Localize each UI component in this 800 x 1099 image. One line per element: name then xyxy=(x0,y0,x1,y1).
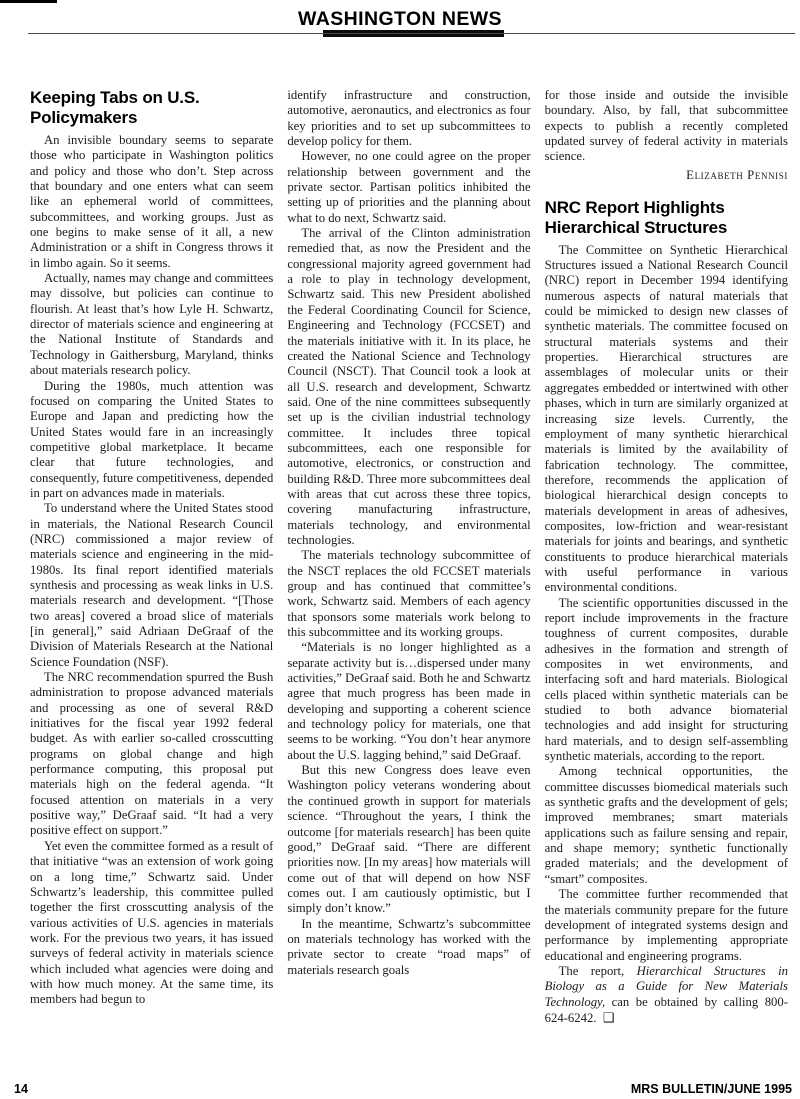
paragraph: In the meantime, Schwartz’s subcommittee… xyxy=(287,917,530,978)
paragraph: However, no one could agree on the prope… xyxy=(287,149,530,226)
column: Keeping Tabs on U.S. PolicymakersAn invi… xyxy=(30,88,273,1060)
column: for those inside and outside the invisib… xyxy=(545,88,788,1060)
page-number: 14 xyxy=(14,1082,28,1096)
corner-mark xyxy=(0,0,57,3)
paragraph: Among technical opportunities, the commi… xyxy=(545,764,788,887)
paragraph: The scientific opportunities discussed i… xyxy=(545,596,788,765)
byline: Elizabeth Pennisi xyxy=(545,168,788,183)
paragraph: During the 1980s, much attention was foc… xyxy=(30,379,273,502)
paragraph: The materials technology subcommittee of… xyxy=(287,548,530,640)
article-heading: Keeping Tabs on U.S. Policymakers xyxy=(30,88,273,128)
page-title: WASHINGTON NEWS xyxy=(0,8,800,31)
text-segment: The report, xyxy=(559,964,637,978)
paragraph: The committee further recommended that t… xyxy=(545,887,788,964)
paragraph: “Materials is no longer highlighted as a… xyxy=(287,640,530,763)
end-of-article-mark: ❑ xyxy=(603,1010,615,1025)
magazine-page: WASHINGTON NEWS Keeping Tabs on U.S. Pol… xyxy=(0,0,800,1099)
paragraph: for those inside and outside the invisib… xyxy=(545,88,788,165)
paragraph: The report, Hierarchical Structures in B… xyxy=(545,964,788,1026)
paragraph: Actually, names may change and committee… xyxy=(30,271,273,378)
header-rule xyxy=(28,33,795,34)
paragraph: Yet even the committee formed as a resul… xyxy=(30,839,273,1008)
paragraph: An invisible boundary seems to separate … xyxy=(30,133,273,271)
journal-name: MRS BULLETIN/JUNE 1995 xyxy=(631,1082,792,1096)
paragraph: The Committee on Synthetic Hierarchical … xyxy=(545,243,788,596)
paragraph: But this new Congress does leave even Wa… xyxy=(287,763,530,916)
column: identify infrastructure and construction… xyxy=(287,88,530,1060)
paragraph: The NRC recommendation spurred the Bush … xyxy=(30,670,273,839)
page-footer: 14 MRS BULLETIN/JUNE 1995 xyxy=(14,1082,792,1096)
paragraph: identify infrastructure and construction… xyxy=(287,88,530,149)
article-heading: NRC Report Highlights Hierarchical Struc… xyxy=(545,198,788,238)
article-columns: Keeping Tabs on U.S. PolicymakersAn invi… xyxy=(30,88,788,1060)
paragraph: To understand where the United States st… xyxy=(30,501,273,670)
paragraph: The arrival of the Clinton administratio… xyxy=(287,226,530,548)
